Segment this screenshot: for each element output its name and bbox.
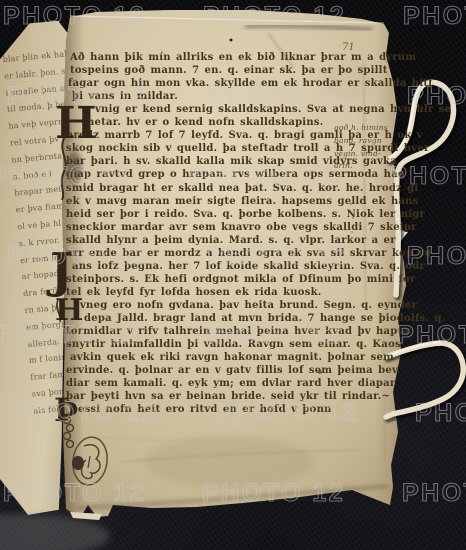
photo12-watermark: PHOTO 12	[3, 479, 146, 507]
photo12-watermark: PHOTO 12	[407, 82, 466, 110]
photo12-watermark: PHOTO 12	[390, 162, 466, 190]
photo12-watermark: PHOTO 12	[15, 399, 158, 427]
photo12-watermark: PHOTO 12	[402, 479, 466, 507]
photo12-watermark: PHOTO 12	[207, 82, 350, 110]
photo12-watermark-layer: PHOTO 12PHOTO 12PHOTO 12PHOTO 12PHOTO 12…	[0, 0, 466, 550]
photo12-watermark: PHOTO 12	[407, 242, 466, 270]
photo12-watermark: PHOTO 12	[3, 2, 146, 30]
photo12-watermark: PHOTO 12	[403, 2, 466, 30]
photo12-watermark: PHOTO 12	[0, 321, 140, 349]
photo12-watermark: PHOTO 12	[202, 479, 345, 507]
photo12-watermark: PHOTO 12	[415, 399, 466, 427]
manuscript-photograph: blar þlin ek halla tiler lablr. þon. sva…	[0, 0, 466, 550]
photo12-watermark: PHOTO 12	[7, 82, 150, 110]
photo12-watermark: PHOTO 12	[397, 321, 466, 349]
photo12-watermark: PHOTO 12	[7, 242, 150, 270]
photo12-watermark: PHOTO 12	[203, 2, 346, 30]
photo12-watermark: PHOTO 12	[207, 242, 350, 270]
photo12-watermark: PHOTO 12	[0, 162, 133, 190]
photo12-watermark: PHOTO 12	[197, 321, 340, 349]
photo12-watermark: PHOTO 12	[215, 399, 358, 427]
photo12-watermark: PHOTO 12	[190, 162, 333, 190]
